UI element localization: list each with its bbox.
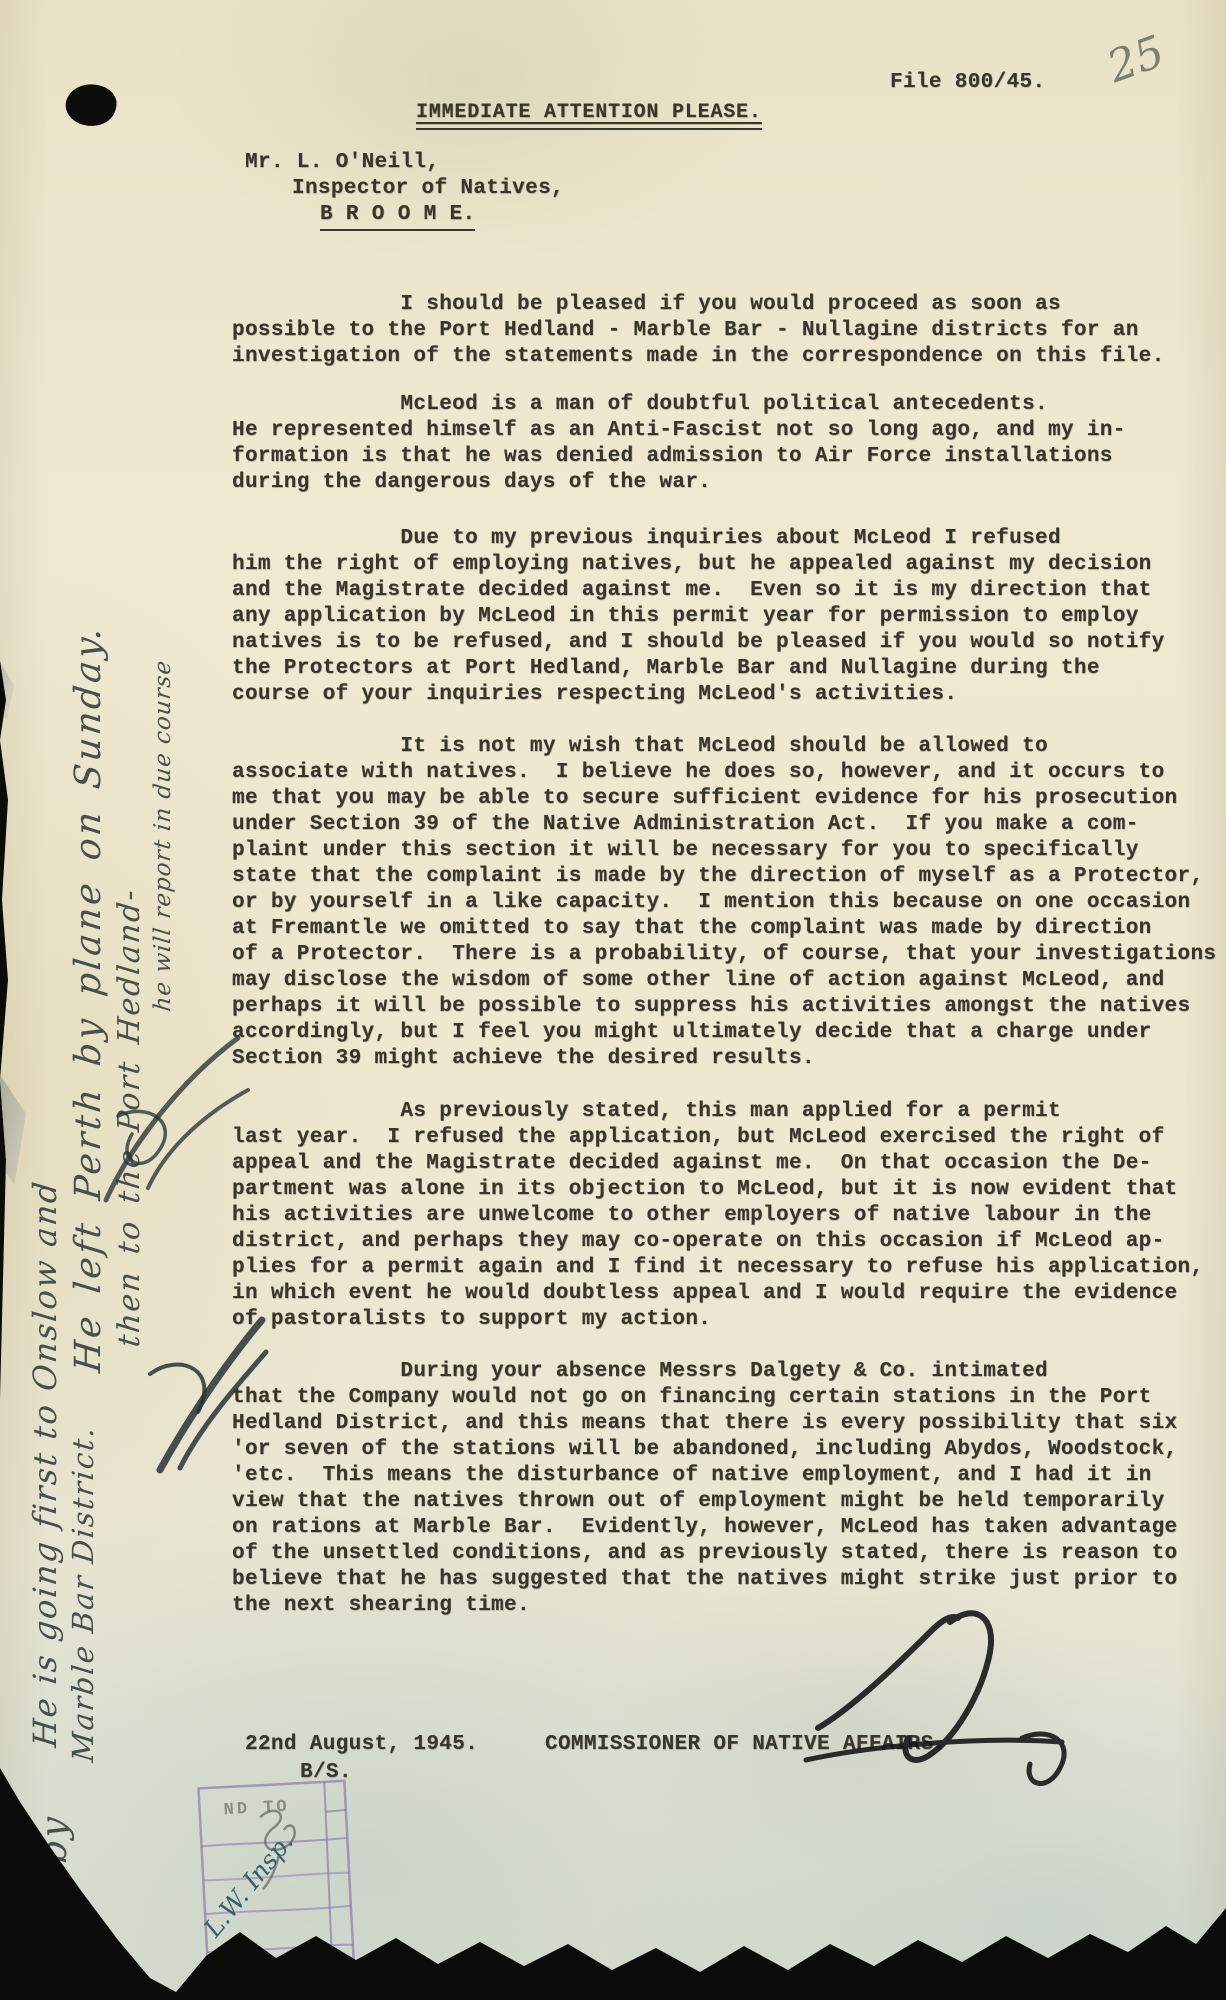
recipient-name: Mr. L. O'Neill, [245,150,439,176]
document-scan: File 800/45. IMMEDIATE ATTENTION PLEASE.… [0,0,1226,2000]
margin-note: He is going first to Onslow and [26,1178,64,1749]
date-line: 22nd August, 1945. [245,1732,478,1758]
edge-tear-shadow [0,1075,26,1185]
receipt-stamp: ND TO L.W. Insp. [196,1778,377,2000]
ink-scrawl-flourish [138,1310,288,1490]
stamp-text: ND TO [223,1798,290,1820]
ink-scrawl-initials [86,1020,266,1230]
paragraph-4: It is not my wish that McLeod should be … [232,734,1216,1072]
recipient-title: Inspector of Natives, [292,176,564,202]
file-number: File 800/45. [890,70,1045,96]
margin-note: Marble Bar District. [66,1424,100,1764]
margin-note: He left Perth by plane on Sunday. [68,623,109,1374]
margin-note: Read by [34,1813,75,1979]
letter-heading: IMMEDIATE ATTENTION PLEASE. [416,100,762,130]
signature-ink [800,1600,1110,1800]
torn-hole [62,79,121,132]
folio-number-annotation: 25 [1101,26,1171,93]
paragraph-1: I should be pleased if you would proceed… [232,292,1165,370]
margin-note: he will report in due course [150,659,176,1013]
paragraph-5: As previously stated, this man applied f… [232,1099,1203,1333]
paragraph-3: Due to my previous inquiries about McLeo… [232,526,1165,708]
paragraph-2: McLeod is a man of doubtful political an… [232,392,1126,496]
recipient-location: B R O O M E. [320,202,475,231]
letter-paper: File 800/45. IMMEDIATE ATTENTION PLEASE.… [0,0,1226,2000]
edge-tear-shadow [0,662,14,720]
paragraph-6: During your absence Messrs Dalgety & Co.… [232,1359,1178,1619]
